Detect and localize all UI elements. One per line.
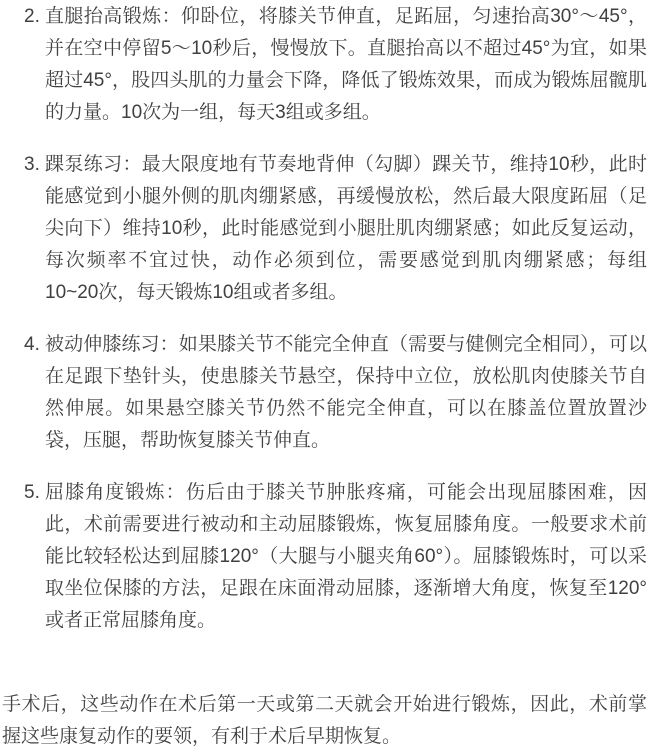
list-item-text: 屈膝角度锻炼：伤后由于膝关节肿胀疼痛，可能会出现屈膝困难，因此，术前需要进行被动… [45, 482, 647, 631]
document-body: 2. 直腿抬高锻炼：仰卧位，将膝关节伸直，足跖屈，匀速抬高30°～45°，并在空… [0, 0, 654, 752]
list-item: 5. 屈膝角度锻炼：伤后由于膝关节肿胀疼痛，可能会出现屈膝困难，因此，术前需要进… [2, 477, 647, 637]
closing-paragraph: 手术后，这些动作在术后第一天或第二天就会开始进行锻炼，因此，术前掌握这些康复动作… [2, 689, 647, 752]
list-item: 4. 被动伸膝练习：如果膝关节不能完全伸直（需要与健侧完全相同），可以在足跟下垫… [2, 329, 647, 457]
list-item: 3. 踝泵练习：最大限度地有节奏地背伸（勾脚）踝关节，维持10秒，此时能感觉到小… [2, 149, 647, 309]
list-item: 2. 直腿抬高锻炼：仰卧位，将膝关节伸直，足跖屈，匀速抬高30°～45°，并在空… [2, 1, 647, 129]
list-item-number: 2. [24, 1, 40, 33]
list-item-text: 踝泵练习：最大限度地有节奏地背伸（勾脚）踝关节，维持10秒，此时能感觉到小腿外侧… [45, 154, 647, 303]
exercise-list: 2. 直腿抬高锻炼：仰卧位，将膝关节伸直，足跖屈，匀速抬高30°～45°，并在空… [2, 1, 647, 637]
list-item-text: 直腿抬高锻炼：仰卧位，将膝关节伸直，足跖屈，匀速抬高30°～45°，并在空中停留… [45, 6, 647, 123]
list-item-number: 3. [24, 149, 40, 181]
list-item-text: 被动伸膝练习：如果膝关节不能完全伸直（需要与健侧完全相同），可以在足跟下垫针头，… [45, 334, 647, 451]
list-item-number: 4. [24, 329, 40, 361]
list-item-number: 5. [24, 477, 40, 509]
